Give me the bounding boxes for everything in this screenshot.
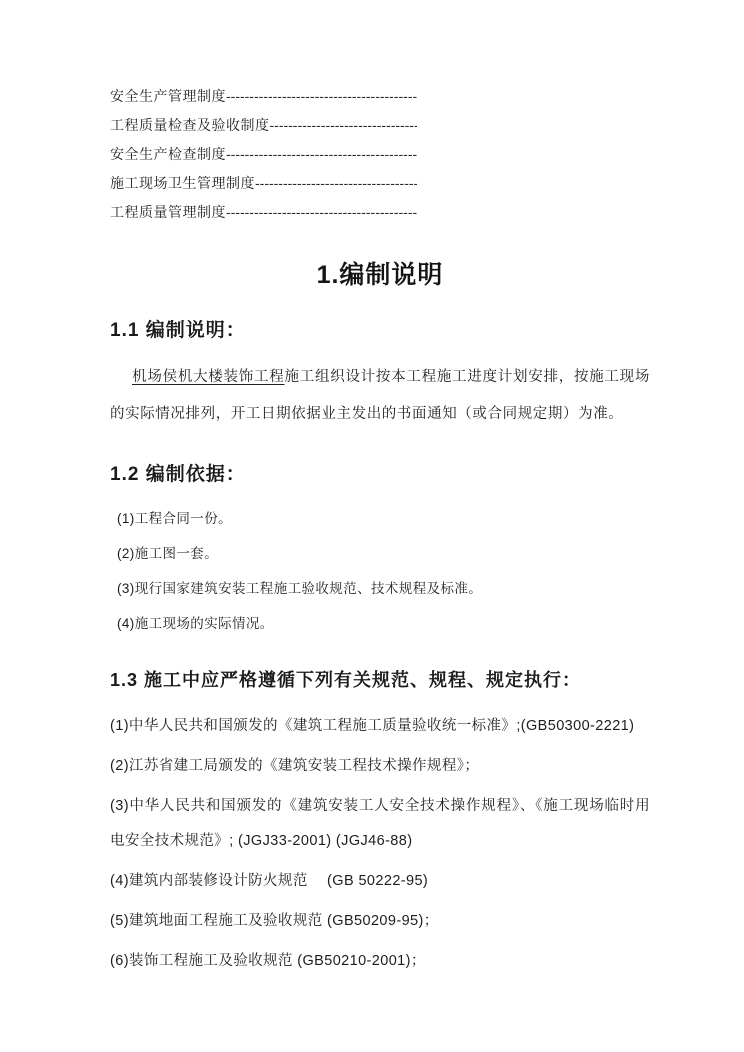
toc-item-label: 施工现场卫生管理制度 bbox=[110, 173, 255, 193]
chapter-title: 1.编制说明 bbox=[110, 257, 650, 293]
underlined-project-name: 机场侯机大楼装饰工程 bbox=[132, 369, 285, 385]
document-page: 安全生产管理制度--------------------------------… bbox=[0, 0, 744, 1052]
section-1-1-paragraph: 机场侯机大楼装饰工程施工组织设计按本工程施工进度计划安排，按施工现场的实际情况排… bbox=[110, 359, 650, 433]
list-item: (4)建筑内部装修设计防火规范 (GB 50222-95) bbox=[110, 864, 650, 899]
list-item: (1)中华人民共和国颁发的《建筑工程施工质量验收统一标准》;(GB50300-2… bbox=[110, 709, 650, 744]
toc-leader-dashes: ----------------------------------------… bbox=[226, 88, 417, 104]
section-1-1-heading: 1.1 编制说明： bbox=[110, 317, 650, 345]
section-1-3-heading: 1.3 施工中应严格遵循下列有关规范、规程、规定执行： bbox=[110, 665, 650, 695]
list-item: (2)施工图一套。 bbox=[117, 536, 650, 571]
toc-leader-dashes: ----------------------------------------… bbox=[270, 117, 418, 133]
toc-item-label: 工程质量管理制度 bbox=[110, 202, 226, 222]
toc-item-label: 工程质量检查及验收制度 bbox=[110, 115, 270, 135]
toc-leader-dashes: ----------------------------------------… bbox=[226, 146, 417, 162]
toc-item-label: 安全生产检查制度 bbox=[110, 144, 226, 164]
toc-item: 工程质量管理制度--------------------------------… bbox=[110, 202, 417, 231]
table-of-contents: 安全生产管理制度--------------------------------… bbox=[110, 86, 650, 231]
section-1-2-list: (1)工程合同一份。 (2)施工图一套。 (3)现行国家建筑安装工程施工验收规范… bbox=[110, 501, 650, 641]
toc-item: 安全生产检查制度--------------------------------… bbox=[110, 144, 417, 173]
section-1-3-list: (1)中华人民共和国颁发的《建筑工程施工质量验收统一标准》;(GB50300-2… bbox=[110, 709, 650, 979]
section-1-2-heading: 1.2 编制依据： bbox=[110, 461, 650, 489]
list-item: (1)工程合同一份。 bbox=[117, 501, 650, 536]
list-item: (3)中华人民共和国颁发的《建筑安装工人安全技术操作规程》、《施工现场临时用电安… bbox=[110, 789, 650, 859]
list-item: (6)装饰工程施工及验收规范 (GB50210-2001)； bbox=[110, 944, 650, 979]
list-item: (4)施工现场的实际情况。 bbox=[117, 606, 650, 641]
toc-leader-dashes: ----------------------------------------… bbox=[226, 204, 417, 220]
toc-item: 工程质量检查及验收制度-----------------------------… bbox=[110, 115, 417, 144]
toc-item: 安全生产管理制度--------------------------------… bbox=[110, 86, 417, 115]
toc-leader-dashes: ----------------------------------------… bbox=[255, 175, 417, 191]
list-item: (5)建筑地面工程施工及验收规范 (GB50209-95)； bbox=[110, 904, 650, 939]
list-item: (3)现行国家建筑安装工程施工验收规范、技术规程及标准。 bbox=[117, 571, 650, 606]
toc-item: 施工现场卫生管理制度------------------------------… bbox=[110, 173, 417, 202]
toc-item-label: 安全生产管理制度 bbox=[110, 86, 226, 106]
list-item: (2)江苏省建工局颁发的《建筑安装工程技术操作规程》； bbox=[110, 749, 650, 784]
